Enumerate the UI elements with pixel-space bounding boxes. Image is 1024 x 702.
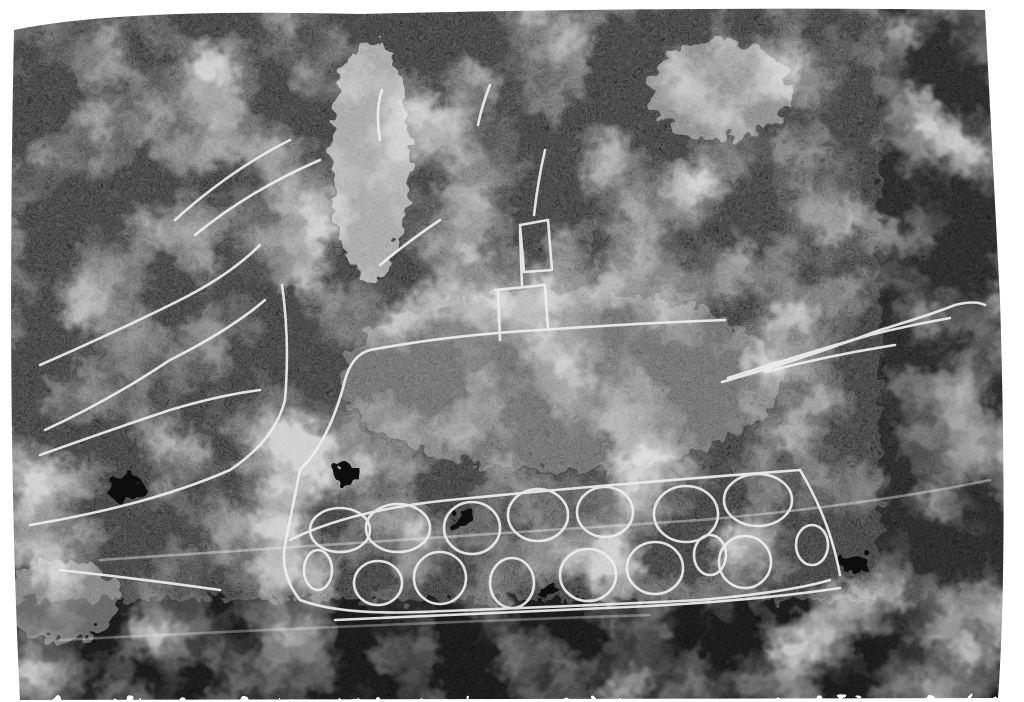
monoprint-artwork — [0, 0, 1024, 702]
ink-plate — [0, 0, 1024, 702]
tank-print-svg — [0, 0, 1024, 702]
ink-spot — [109, 476, 141, 500]
